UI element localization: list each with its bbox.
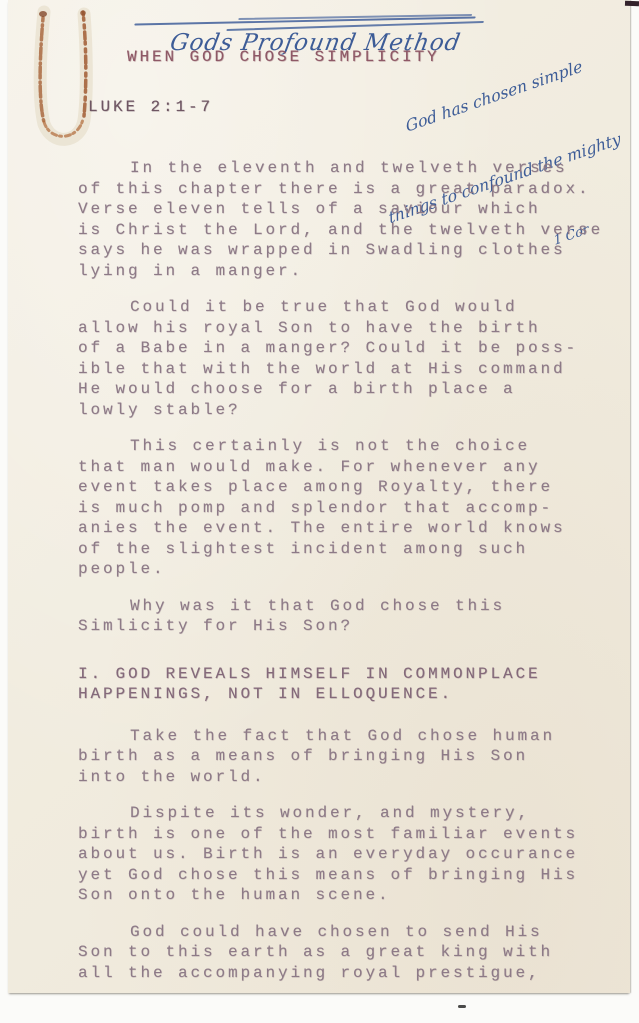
paragraph: God could have chosen to send His Son to… xyxy=(78,922,623,984)
section-heading-line: I. GOD REVEALS HIMSELF IN COMMONPLACE xyxy=(78,664,623,685)
section-heading-line: HAPPENINGS, NOT IN ELLOQUENCE. xyxy=(78,684,623,705)
typed-line: event takes place among Royalty, there xyxy=(78,477,623,498)
typed-line: of the slightest incident among such xyxy=(78,539,623,560)
typed-line: about us. Birth is an everyday occurance xyxy=(78,844,623,865)
scanner-speck xyxy=(458,1005,466,1008)
handwritten-annotation: God has chosen simple things to confound… xyxy=(381,28,636,140)
typed-line: says he was wrapped in Swadling clothes xyxy=(78,240,623,261)
paragraph: Take the fact that God chose human birth… xyxy=(78,726,623,788)
paperclip-rust-stain-icon xyxy=(28,4,100,156)
paragraph: Dispite its wonder, and mystery, birth i… xyxy=(78,803,623,906)
paragraph: This certainly is not the choice that ma… xyxy=(78,436,623,580)
typed-line: God could have chosen to send His xyxy=(78,922,623,943)
typed-line: Why was it that God chose this xyxy=(78,596,623,617)
typed-line: birth is one of the most familiar events xyxy=(78,824,623,845)
typed-line: Son onto the human scene. xyxy=(78,885,623,906)
typed-line: He would choose for a birth place a xyxy=(78,379,623,400)
document-body: In the eleventh and twelveth verses of t… xyxy=(78,158,623,999)
paragraph: In the eleventh and twelveth verses of t… xyxy=(78,158,623,281)
paragraph: Why was it that God chose this Simlicity… xyxy=(78,596,623,637)
typed-line: anies the event. The entire world knows xyxy=(78,518,623,539)
scanner-ink-mark xyxy=(625,1,639,6)
typed-line: birth as a means of bringing His Son xyxy=(78,746,623,767)
paragraph: Could it be true that God would allow hi… xyxy=(78,297,623,420)
typed-line: people. xyxy=(78,559,623,580)
typed-line: of a Babe in a manger? Could it be poss- xyxy=(78,338,623,359)
typed-line: In the eleventh and twelveth verses xyxy=(78,158,623,179)
typed-line: Simlicity for His Son? xyxy=(78,616,623,637)
typed-line: Take the fact that God chose human xyxy=(78,726,623,747)
typed-line: of this chapter there is a great paradox… xyxy=(78,179,623,200)
typed-line: Dispite its wonder, and mystery, xyxy=(78,803,623,824)
typed-line: This certainly is not the choice xyxy=(78,436,623,457)
scripture-reference: LUKE 2:1-7 xyxy=(88,98,213,116)
typed-line: lying in a manger. xyxy=(78,261,623,282)
typed-line: into the world. xyxy=(78,767,623,788)
section-heading: I. GOD REVEALS HIMSELF IN COMMONPLACE HA… xyxy=(78,664,623,705)
typed-line: Could it be true that God would xyxy=(78,297,623,318)
typed-line: that man would make. For whenever any xyxy=(78,457,623,478)
typed-line: is much pomp and splendor that accomp- xyxy=(78,498,623,519)
paper-sheet: Gods Profound Method WHEN GOD CHOSE SIMP… xyxy=(8,0,630,993)
typed-line: all the accompanying royal prestigue, xyxy=(78,963,623,984)
typed-line: Verse eleven tells of a saviour which xyxy=(78,199,623,220)
annotation-line: God has chosen simple xyxy=(403,42,616,140)
typed-line: ible that with the world at His command xyxy=(78,359,623,380)
typed-line: yet God chose this means of bringing His xyxy=(78,865,623,886)
typed-line: Son to this earth as a great king with xyxy=(78,942,623,963)
typed-line: is Christ the Lord, and the twelveth ver… xyxy=(78,220,623,241)
typed-line: allow his royal Son to have the birth xyxy=(78,318,623,339)
typed-line: lowly stable? xyxy=(78,400,623,421)
